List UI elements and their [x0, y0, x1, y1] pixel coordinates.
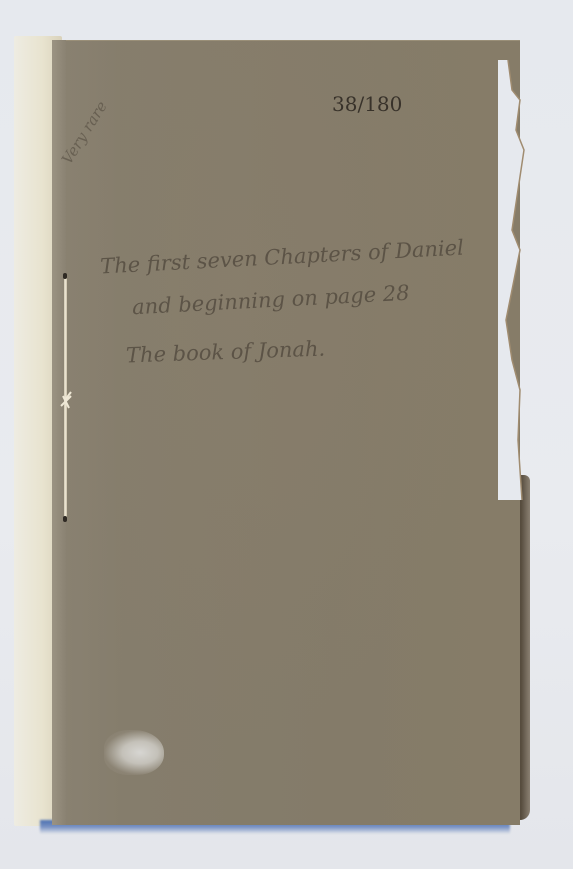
- stitch-hole-top: [63, 273, 67, 279]
- thread-knot: [59, 390, 73, 412]
- booklet-cover: 38/180 Very rare The first seven Chapter…: [52, 40, 520, 825]
- shelfmark: 38/180: [332, 92, 402, 116]
- torn-edge: [498, 60, 528, 500]
- title-line-2: and beginning on page 28: [132, 281, 411, 320]
- abrasion-stain: [104, 730, 164, 775]
- title-line-3: The book of Jonah.: [126, 337, 326, 368]
- stitch-hole-bottom: [63, 516, 67, 522]
- title-line-1: The first seven Chapters of Daniel: [100, 235, 465, 278]
